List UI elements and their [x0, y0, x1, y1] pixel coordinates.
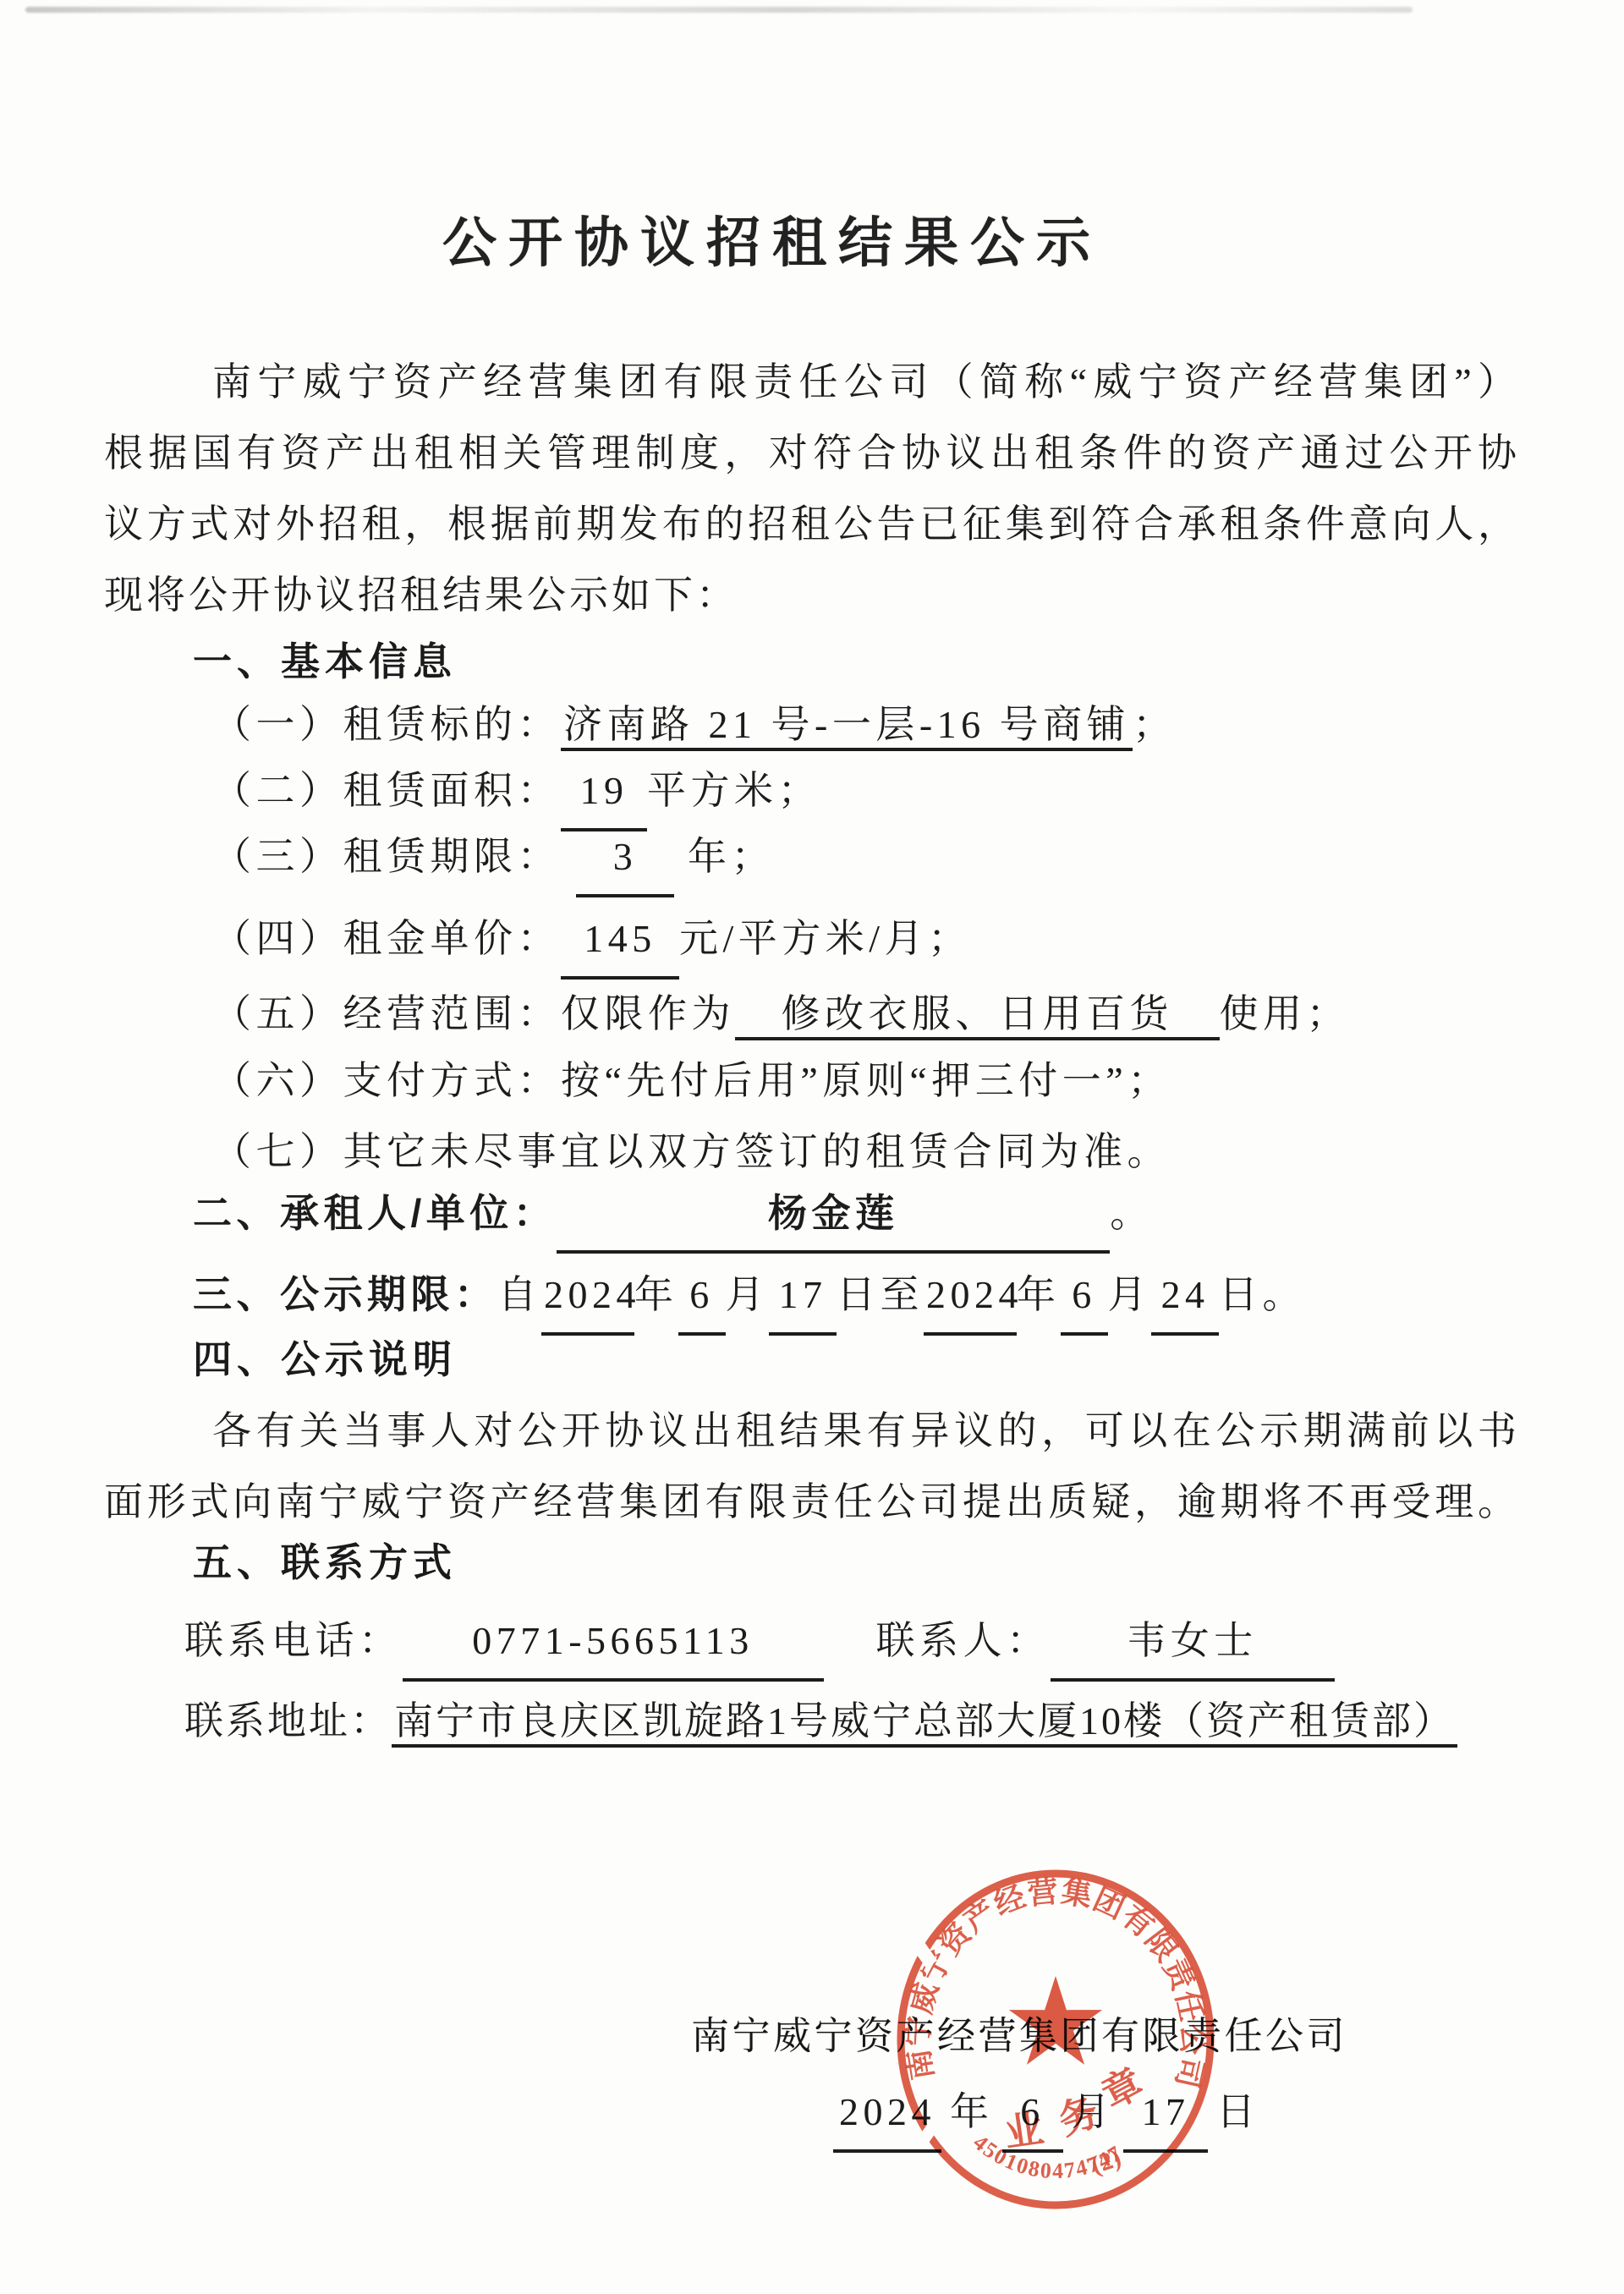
item-lease-area: （二）租赁面积：19平方米；: [212, 755, 821, 826]
day-label: 日: [1216, 2090, 1260, 2133]
period-end-day: 24: [1151, 1260, 1219, 1336]
item-payment-method: （六）支付方式：按“先付后用”原则“押三付一”；: [212, 1045, 1171, 1117]
phone-label: 联系电话：: [184, 1619, 403, 1662]
item-business-scope: （五）经营范围：仅限作为 修改衣服、日用百货 使用；: [212, 979, 1350, 1050]
intro-line-2: 根据国有资产出租相关管理制度，对符合协议出租条件的资产通过公开协: [104, 418, 1520, 489]
section-notes-header: 四、公示说明: [193, 1324, 457, 1395]
document-title: 公开协议招租结果公示: [0, 200, 1544, 277]
day-label: 日。: [1219, 1273, 1306, 1316]
business-scope-suffix: 使用；: [1220, 992, 1351, 1035]
punctuation: ；: [1133, 703, 1177, 746]
intro-line-4-text: 现将公开协议招租结果公示如下：: [104, 573, 738, 617]
lease-area-unit: 平方米；: [647, 769, 821, 812]
contact-person-label: 联系人：: [876, 1619, 1051, 1662]
section-basic-info-header: 一、基本信息: [193, 626, 457, 697]
item-lease-term: （三）租赁期限：3年；: [212, 821, 775, 892]
lease-term-value: 3: [576, 821, 674, 897]
address-label: 联系地址：: [184, 1699, 392, 1742]
period-to: 日至: [837, 1273, 924, 1316]
year-label: 年: [634, 1273, 678, 1316]
year-label: 年: [1017, 1273, 1061, 1316]
phone-number: 0771-5665113: [403, 1605, 824, 1682]
business-scope-label: （五）经营范围：仅限作为: [212, 992, 735, 1035]
intro-paragraph: 南宁威宁资产经营集团有限责任公司（简称“威宁资产经营集团”） 根据国有资产出租相…: [104, 347, 1520, 631]
item-rent-price: （四）租金单价：145元/平方米/月；: [212, 903, 972, 974]
star-icon: [1009, 1976, 1102, 2065]
period-end-year: 2024: [924, 1260, 1017, 1336]
scan-artifact: [25, 7, 1413, 13]
payment-method-text: （六）支付方式：按“先付后用”原则“押三付一”；: [212, 1059, 1171, 1102]
rent-price-label: （四）租金单价：: [212, 917, 561, 960]
intro-line-1: 南宁威宁资产经营集团有限责任公司（简称“威宁资产经营集团”）: [104, 347, 1520, 418]
notes-line-1-text: 各有关当事人对公开协议出租结果有异议的，可以在公示期满前以书: [212, 1409, 1520, 1452]
publicity-period-label: 三、公示期限：: [193, 1272, 498, 1316]
other-matters-text: （七）其它未尽事宜以双方签订的租赁合同为准。: [212, 1130, 1171, 1173]
month-label: 月: [726, 1273, 770, 1316]
intro-line-1-text: 南宁威宁资产经营集团有限责任公司（简称“威宁资产经营集团”）: [212, 360, 1520, 403]
lease-term-unit: 年；: [688, 835, 775, 878]
period-prefix: 自: [498, 1273, 542, 1316]
month-label: 月: [1108, 1273, 1152, 1316]
lease-area-label: （二）租赁面积：: [212, 769, 561, 812]
intro-line-3-text: 议方式对外招租，根据前期发布的招租公告已征集到符合承租条件意向人，: [104, 502, 1520, 546]
intro-line-2-text: 根据国有资产出租相关管理制度，对符合协议出租条件的资产通过公开协: [104, 431, 1520, 475]
notes-paragraph: 各有关当事人对公开协议出租结果有异议的，可以在公示期满前以书 面形式向南宁威宁资…: [104, 1396, 1520, 1538]
lease-term-label: （三）租赁期限：: [212, 835, 561, 878]
section-lessee: 二、承租人/单位：杨金莲。: [193, 1177, 1154, 1249]
contact-phone-line: 联系电话：0771-5665113联系人：韦女士: [184, 1605, 1335, 1677]
rent-price-value: 145: [561, 903, 679, 980]
notes-line-2-text: 面形式向南宁威宁资产经营集团有限责任公司提出质疑，逾期将不再受理。: [104, 1480, 1520, 1523]
period-end-month: 6: [1061, 1260, 1108, 1336]
document-page: 公开协议招租结果公示 南宁威宁资产经营集团有限责任公司（简称“威宁资产经营集团”…: [0, 0, 1624, 2294]
lessee-label: 二、承租人/单位：: [193, 1191, 557, 1235]
contact-address-line: 联系地址：南宁市良庆区凯旋路1号威宁总部大厦10楼（资产租赁部）: [184, 1686, 1457, 1757]
period-start-day: 17: [769, 1260, 837, 1336]
lease-subject-label: （一）租赁标的：: [212, 703, 561, 746]
period-start-month: 6: [678, 1260, 726, 1336]
address-value: 南宁市良庆区凯旋路1号威宁总部大厦10楼（资产租赁部）: [392, 1699, 1457, 1748]
item-lease-subject: （一）租赁标的：济南路 21 号-一层-16 号商铺；: [212, 689, 1177, 760]
intro-line-3: 议方式对外招租，根据前期发布的招租公告已征集到符合承租条件意向人，: [104, 489, 1520, 560]
company-seal: 南宁威宁资产经营集团有限责任公司 业务章 (2) 4501080474747: [893, 1866, 1221, 2218]
business-scope-value: 修改衣服、日用百货: [735, 992, 1220, 1040]
intro-line-4: 现将公开协议招租结果公示如下：: [104, 560, 1520, 631]
section-publicity-period: 三、公示期限：自2024年6月17日至2024年6月24日。: [193, 1259, 1306, 1330]
lessee-name: 杨金莲: [557, 1177, 1110, 1254]
section-contact-header: 五、联系方式: [193, 1527, 457, 1598]
period-start-year: 2024: [541, 1260, 634, 1336]
contact-person-name: 韦女士: [1051, 1605, 1335, 1682]
lease-area-value: 19: [561, 755, 647, 831]
rent-price-unit: 元/平方米/月；: [679, 917, 972, 960]
seal-type-text: 业务章: [1001, 2061, 1149, 2155]
lease-subject-value: 济南路 21 号-一层-16 号商铺: [561, 703, 1133, 751]
notes-line-1: 各有关当事人对公开协议出租结果有异议的，可以在公示期满前以书: [104, 1396, 1520, 1467]
punctuation: 。: [1110, 1192, 1154, 1235]
